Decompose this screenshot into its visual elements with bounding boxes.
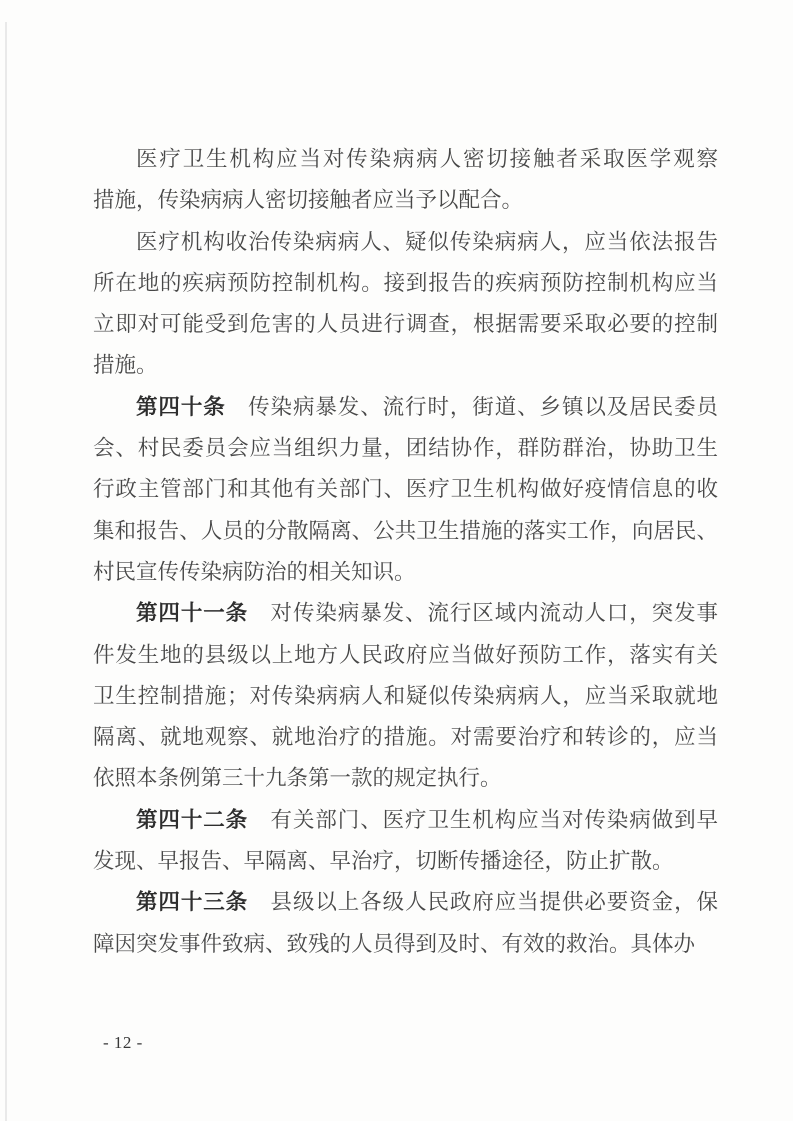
article-number: 第四十条 xyxy=(136,395,226,419)
text-segment: 措施，传染病病人密切接触者应当予以配合。 xyxy=(93,188,523,212)
paragraph: 第四十二条 有关部门、医疗卫生机构应当对传染病做到早发现、早报告、早隔离、早治疗… xyxy=(93,800,718,883)
scan-edge-artifact xyxy=(5,22,7,1121)
text-segment: 卫生控制措施；对传染病病人和疑似传染病病人，应当采取就地 xyxy=(93,684,718,708)
text-line: 行政主管部门和其他有关部门、医疗卫生机构做好疫情信息的收 xyxy=(93,469,718,510)
paragraph: 第四十条 传染病暴发、流行时，街道、乡镇以及居民委员会、村民委员会应当组织力量，… xyxy=(93,387,718,593)
text-line: 村民宣传传染病防治的相关知识。 xyxy=(93,552,718,593)
text-line: 医疗机构收治传染病病人、疑似传染病病人，应当依法报告 xyxy=(93,222,718,263)
text-line: 措施。 xyxy=(93,345,718,386)
scanned-document-page: { "page": { "background": "#fdfdfc", "pa… xyxy=(0,0,793,1121)
text-segment: 县级以上各级人民政府应当提供必要资金，保 xyxy=(248,890,718,914)
paragraph: 医疗机构收治传染病病人、疑似传染病病人，应当依法报告所在地的疾病预防控制机构。接… xyxy=(93,222,718,387)
text-segment: 对传染病暴发、流行区域内流动人口，突发事 xyxy=(248,601,718,625)
text-line: 措施，传染病病人密切接触者应当予以配合。 xyxy=(93,180,718,221)
text-line: 依照本条例第三十九条第一款的规定执行。 xyxy=(93,758,718,799)
text-segment: 有关部门、医疗卫生机构应当对传染病做到早 xyxy=(248,808,718,832)
text-segment: 障因突发事件致病、致残的人员得到及时、有效的救治。具体办 xyxy=(93,932,695,956)
text-segment: 传染病暴发、流行时，街道、乡镇以及居民委员 xyxy=(226,395,718,419)
text-segment: 隔离、就地观察、就地治疗的措施。对需要治疗和转诊的，应当 xyxy=(93,725,718,749)
text-line: 立即对可能受到危害的人员进行调查，根据需要采取必要的控制 xyxy=(93,304,718,345)
text-segment: 行政主管部门和其他有关部门、医疗卫生机构做好疫情信息的收 xyxy=(93,477,718,501)
text-segment: 发现、早报告、早隔离、早治疗，切断传播途径，防止扩散。 xyxy=(93,849,674,873)
text-line: 障因突发事件致病、致残的人员得到及时、有效的救治。具体办 xyxy=(93,924,718,965)
article-number: 第四十三条 xyxy=(136,890,248,914)
body-text: 医疗卫生机构应当对传染病病人密切接触者采取医学观察措施，传染病病人密切接触者应当… xyxy=(93,139,718,965)
paragraph: 第四十一条 对传染病暴发、流行区域内流动人口，突发事件发生地的县级以上地方人民政… xyxy=(93,593,718,799)
text-line: 会、村民委员会应当组织力量，团结协作，群防群治，协助卫生 xyxy=(93,428,718,469)
text-segment: 措施。 xyxy=(93,353,158,377)
text-segment: 依照本条例第三十九条第一款的规定执行。 xyxy=(93,766,502,790)
text-segment: 立即对可能受到危害的人员进行调查，根据需要采取必要的控制 xyxy=(93,312,718,336)
text-segment: 村民宣传传染病防治的相关知识。 xyxy=(93,560,416,584)
text-line: 第四十三条 县级以上各级人民政府应当提供必要资金，保 xyxy=(93,882,718,923)
text-line: 第四十一条 对传染病暴发、流行区域内流动人口，突发事 xyxy=(93,593,718,634)
text-line: 医疗卫生机构应当对传染病病人密切接触者采取医学观察 xyxy=(93,139,718,180)
text-segment: 医疗卫生机构应当对传染病病人密切接触者采取医学观察 xyxy=(136,147,718,171)
article-number: 第四十一条 xyxy=(136,601,248,625)
text-segment: 件发生地的县级以上地方人民政府应当做好预防工作，落实有关 xyxy=(93,643,718,667)
text-segment: 会、村民委员会应当组织力量，团结协作，群防群治，协助卫生 xyxy=(93,436,718,460)
page-number: - 12 - xyxy=(103,1033,143,1053)
text-line: 发现、早报告、早隔离、早治疗，切断传播途径，防止扩散。 xyxy=(93,841,718,882)
text-line: 件发生地的县级以上地方人民政府应当做好预防工作，落实有关 xyxy=(93,635,718,676)
text-line: 第四十二条 有关部门、医疗卫生机构应当对传染病做到早 xyxy=(93,800,718,841)
text-line: 集和报告、人员的分散隔离、公共卫生措施的落实工作，向居民、 xyxy=(93,511,718,552)
text-segment: 集和报告、人员的分散隔离、公共卫生措施的落实工作，向居民、 xyxy=(93,519,718,543)
paragraph: 医疗卫生机构应当对传染病病人密切接触者采取医学观察措施，传染病病人密切接触者应当… xyxy=(93,139,718,222)
text-line: 所在地的疾病预防控制机构。接到报告的疾病预防控制机构应当 xyxy=(93,263,718,304)
paragraph: 第四十三条 县级以上各级人民政府应当提供必要资金，保障因突发事件致病、致残的人员… xyxy=(93,882,718,965)
text-segment: 医疗机构收治传染病病人、疑似传染病病人，应当依法报告 xyxy=(136,230,718,254)
text-line: 第四十条 传染病暴发、流行时，街道、乡镇以及居民委员 xyxy=(93,387,718,428)
text-segment: 所在地的疾病预防控制机构。接到报告的疾病预防控制机构应当 xyxy=(93,271,718,295)
article-number: 第四十二条 xyxy=(136,808,248,832)
text-line: 卫生控制措施；对传染病病人和疑似传染病病人，应当采取就地 xyxy=(93,676,718,717)
text-line: 隔离、就地观察、就地治疗的措施。对需要治疗和转诊的，应当 xyxy=(93,717,718,758)
